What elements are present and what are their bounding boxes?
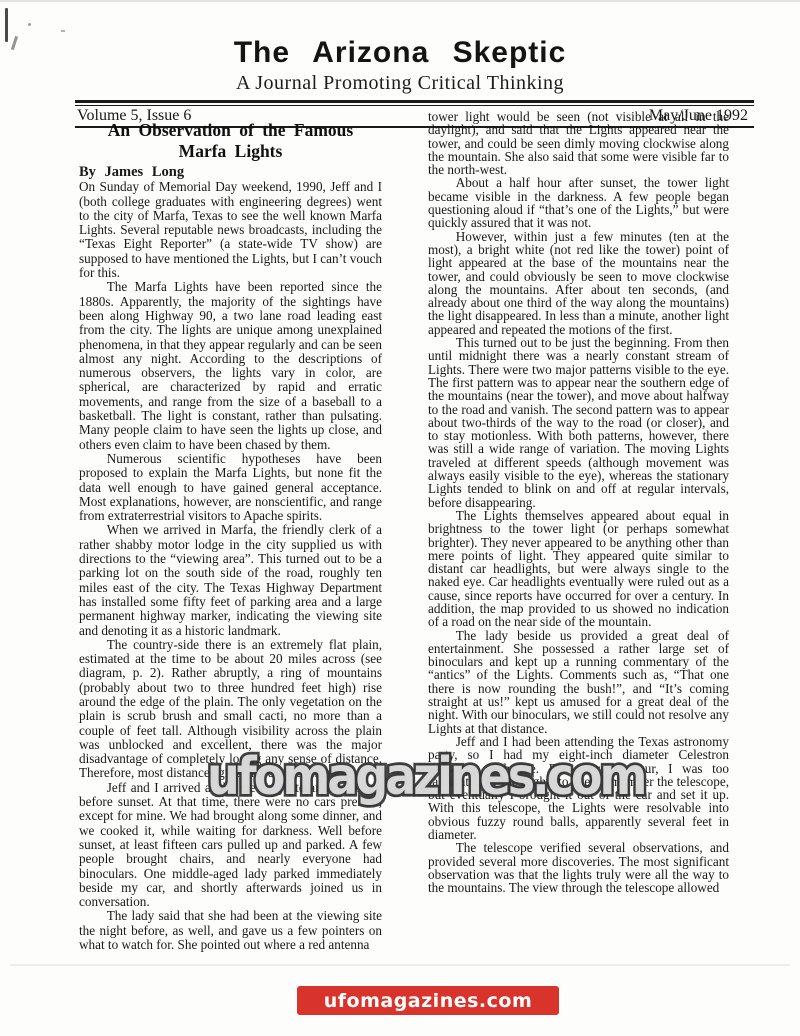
paragraph: Numerous scientific hypotheses have been…	[79, 452, 382, 523]
paragraph: The telescope verified several observati…	[428, 841, 729, 894]
scan-artifact-dot	[61, 30, 65, 32]
article-title-line2: Marfa Lights	[79, 141, 382, 162]
magazine-page: The Arizona Skeptic A Journal Promoting …	[0, 0, 800, 1036]
paragraph: About a half hour after sunset, the towe…	[428, 176, 729, 229]
scan-bottom-rule	[10, 964, 790, 966]
double-rule	[75, 100, 754, 106]
paragraph: The Marfa Lights have been reported sinc…	[79, 280, 382, 452]
scan-artifact-tick	[5, 8, 8, 42]
scan-artifact-dot	[28, 23, 31, 26]
paragraph: The lady beside us provided a great deal…	[428, 629, 729, 735]
watermark-banner: ufomagazines.com	[297, 986, 559, 1015]
journal-subtitle: A Journal Promoting Critical Thinking	[0, 72, 800, 95]
paragraph: Jeff and I had been attending the Texas …	[428, 735, 729, 841]
right-column: tower light would be seen (not visible a…	[428, 110, 729, 895]
paragraph: On Sunday of Memorial Day weekend, 1990,…	[79, 180, 382, 280]
left-column: An Observation of the Famous Marfa Light…	[79, 120, 382, 952]
paragraph: The Lights themselves appeared about equ…	[428, 509, 729, 629]
paragraph: However, within just a few minutes (ten …	[428, 230, 729, 336]
paragraph: tower light would be seen (not visible a…	[428, 110, 729, 176]
left-column-text: On Sunday of Memorial Day weekend, 1990,…	[79, 180, 382, 952]
paragraph: Jeff and I arrived at the viewing site a…	[79, 781, 382, 910]
article-title-line1: An Observation of the Famous	[79, 120, 382, 141]
paragraph: The country-side there is an extremely f…	[79, 638, 382, 781]
right-column-text: tower light would be seen (not visible a…	[428, 110, 729, 895]
journal-title: The Arizona Skeptic	[0, 36, 800, 70]
paragraph: The lady said that she had been at the v…	[79, 909, 382, 952]
article-title: An Observation of the Famous Marfa Light…	[79, 120, 382, 162]
article-byline: By James Long	[79, 165, 382, 179]
paragraph: When we arrived in Marfa, the friendly c…	[79, 523, 382, 637]
paragraph: This turned out to be just the beginning…	[428, 336, 729, 509]
